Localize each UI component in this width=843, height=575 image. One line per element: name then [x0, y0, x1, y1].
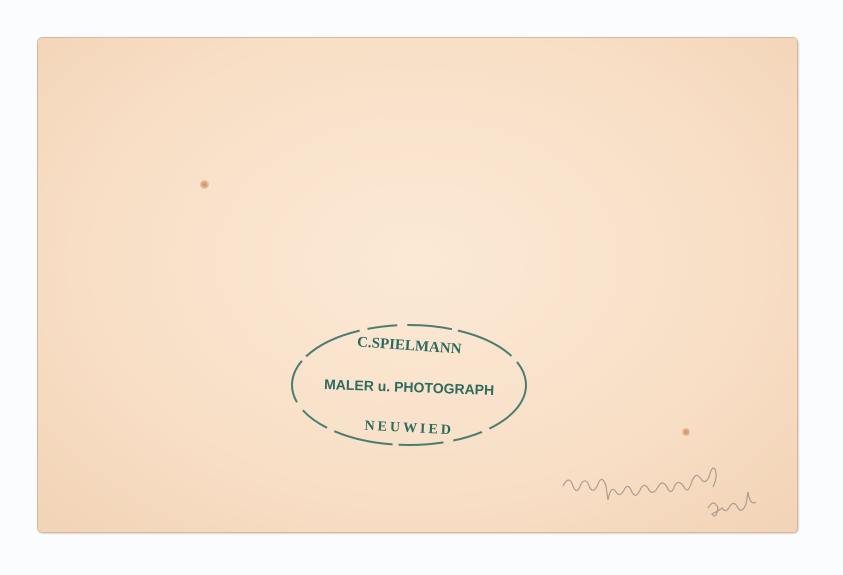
- pencil-inscription: [558, 456, 798, 526]
- stamp-line-1: C.SPIELMANN: [357, 334, 463, 357]
- photographer-stamp: C.SPIELMANN MALER u. PHOTOGRAPH NEUWIED: [288, 320, 530, 450]
- stamp-line-2: MALER u. PHOTOGRAPH: [324, 376, 495, 398]
- stamp-line-3: NEUWIED: [364, 419, 454, 439]
- photo-card-back: C.SPIELMANN MALER u. PHOTOGRAPH NEUWIED: [38, 38, 797, 532]
- foxing-spot: [682, 428, 690, 436]
- foxing-spot: [200, 180, 209, 189]
